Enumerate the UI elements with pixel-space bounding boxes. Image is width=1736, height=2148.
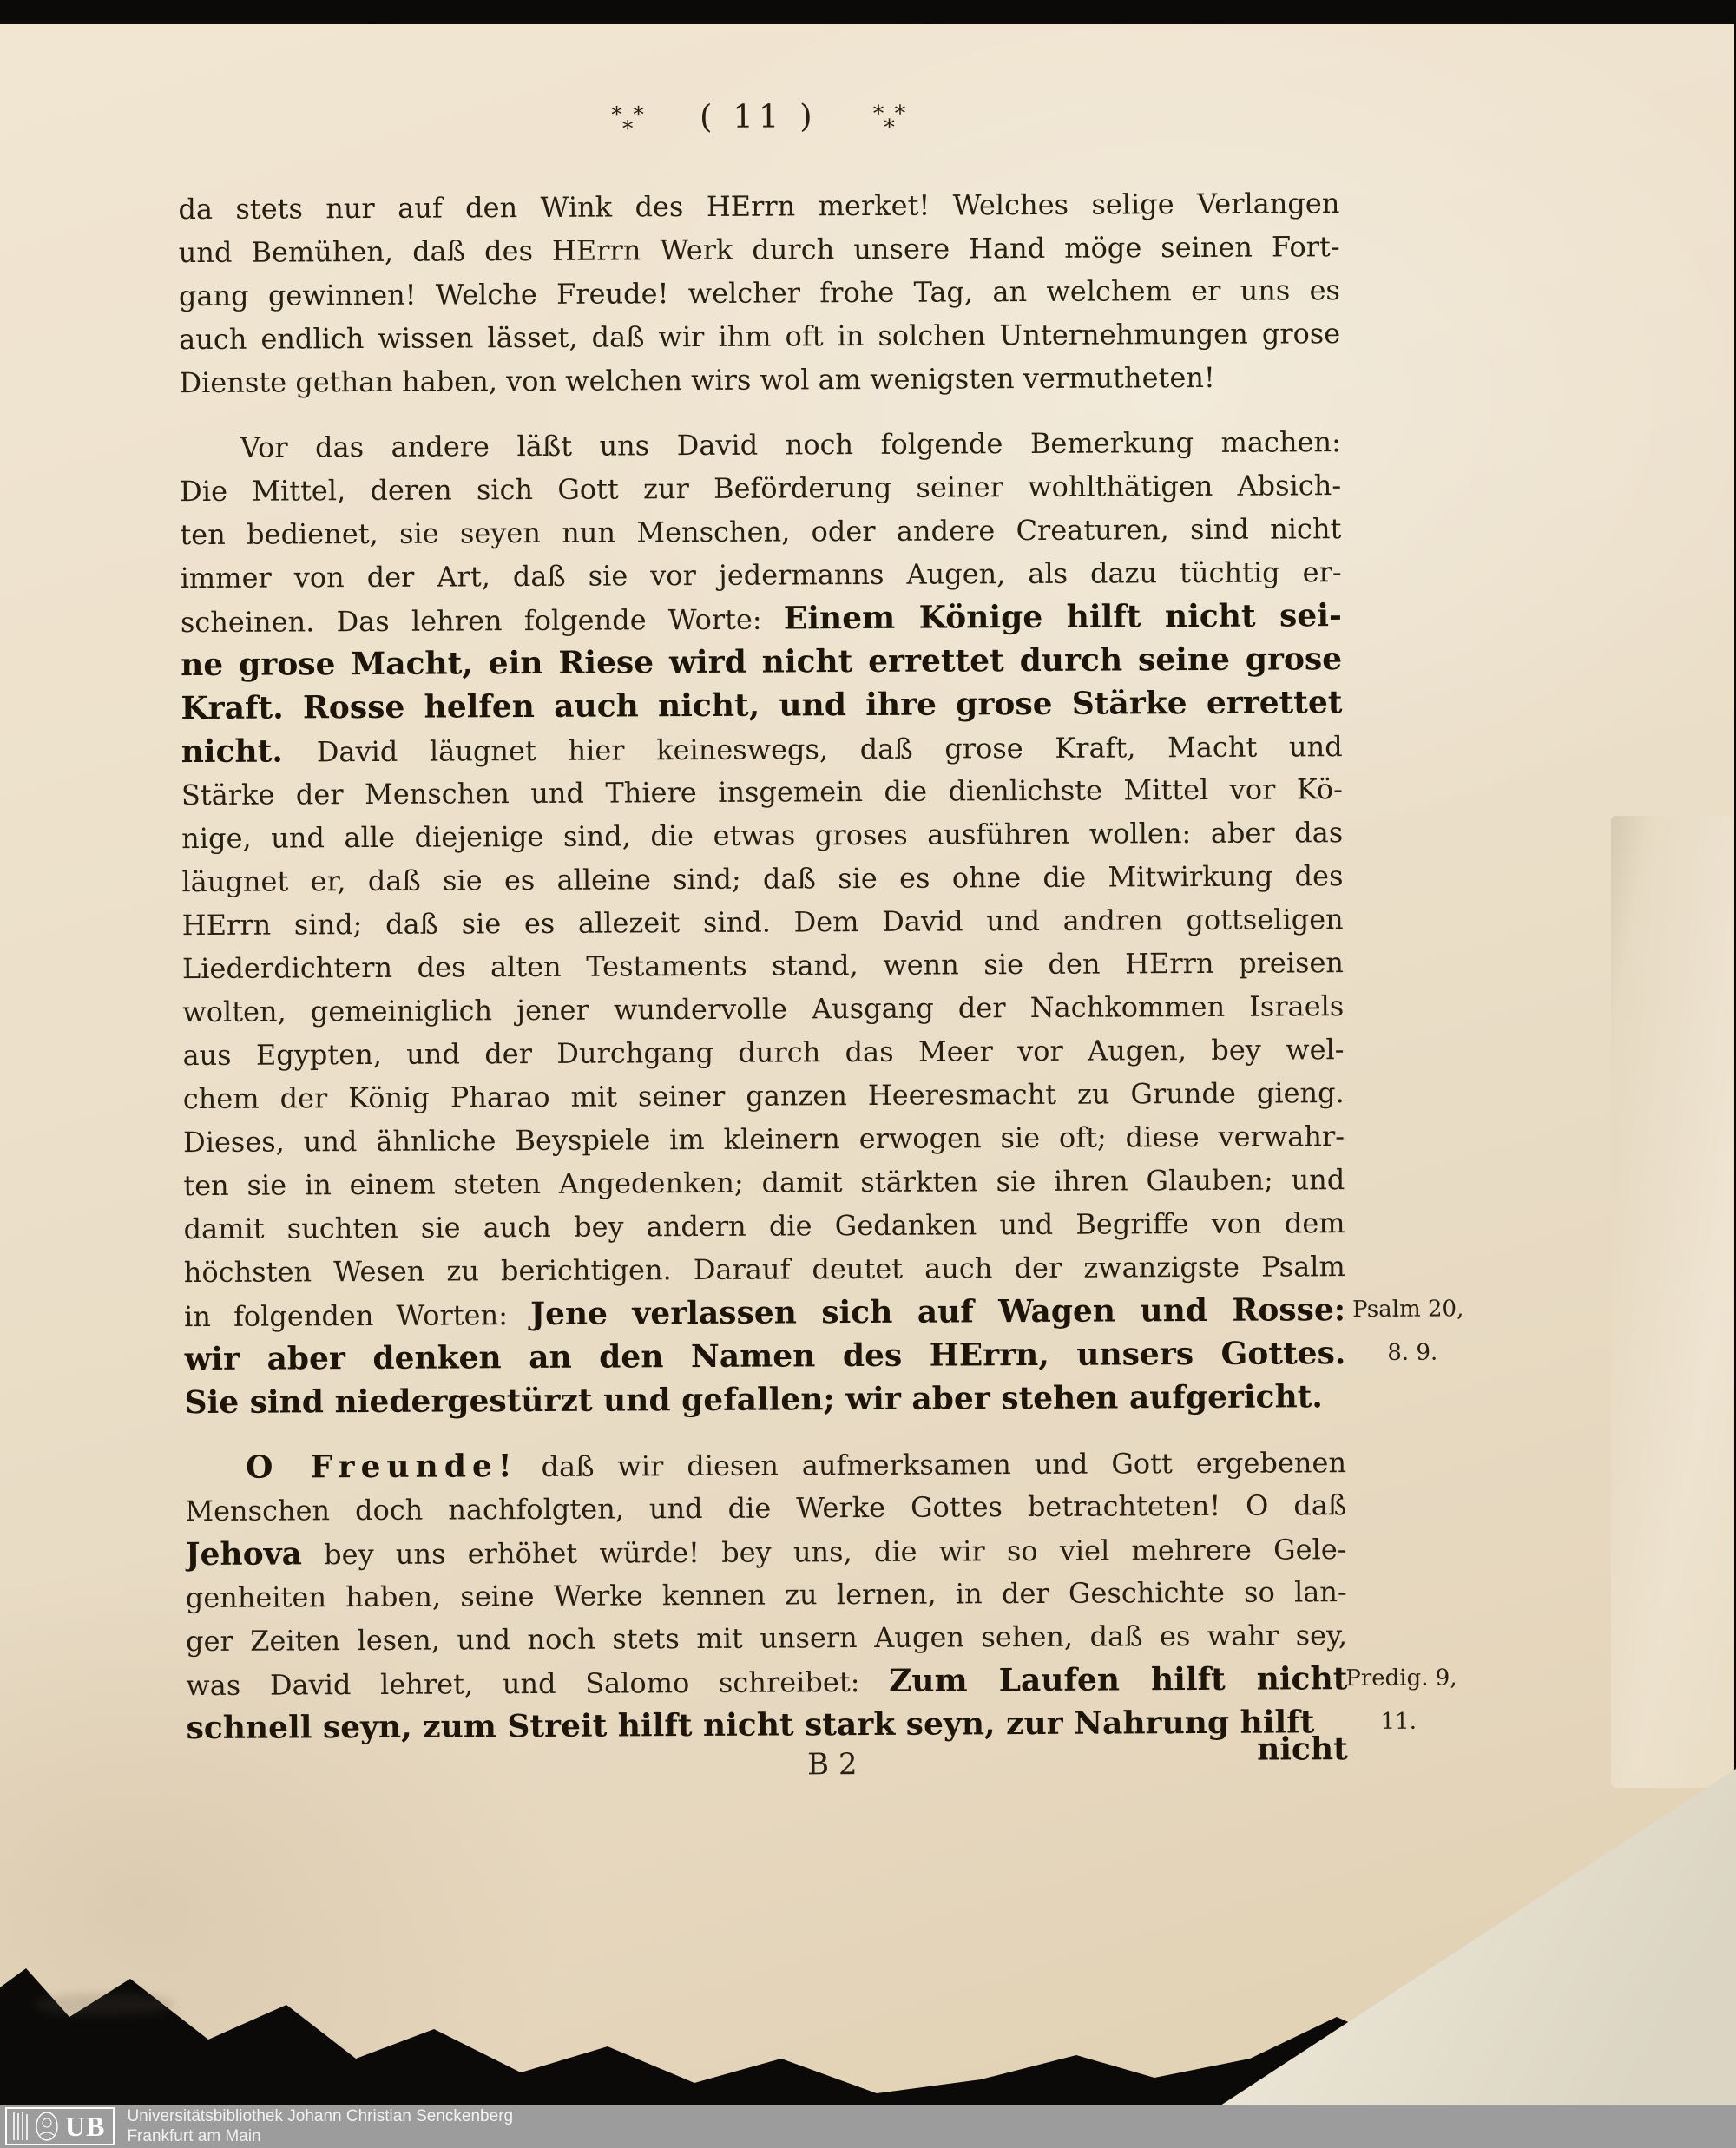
emphasis-text: wir aber denken an den Namen des HErrn, … xyxy=(184,1335,1345,1377)
text-line: damit suchten sie auch bey andern die Ge… xyxy=(183,1201,1345,1251)
text-line: immer von der Art, daß sie vor jedermann… xyxy=(181,550,1342,600)
margin-note-line: 11. xyxy=(1345,1699,1457,1744)
library-logo: UB xyxy=(5,2107,115,2145)
body-text: aus Egypten, und der Durchgang durch das… xyxy=(182,1033,1344,1072)
text-line: wolten, gemeiniglich jener wundervolle A… xyxy=(182,984,1344,1034)
page-content: ∗ ∗ ∗ ( 11 ) ∗ ∗ ∗ da stets nur auf den … xyxy=(0,0,1736,2148)
body-text: Dienste gethan haben, von welchen wirs w… xyxy=(179,361,1215,399)
emphasis-text: Kraft. Rosse helfen auch nicht, und ihre… xyxy=(181,684,1342,726)
page-number: ( 11 ) xyxy=(700,97,818,135)
body-text: damit suchten sie auch bey andern die Ge… xyxy=(183,1206,1345,1245)
body-text: chem der König Pharao mit seiner ganzen … xyxy=(183,1076,1345,1115)
body-text: ten bedienet, sie seyen nun Menschen, od… xyxy=(180,512,1341,551)
body-text: wolten, gemeiniglich jener wundervolle A… xyxy=(182,989,1344,1028)
text-line: Stärke der Menschen und Thiere insgemein… xyxy=(181,767,1343,817)
text-line: Menschen doch nachfolgten, und die Werke… xyxy=(185,1483,1346,1533)
text-line: chem der König Pharao mit seiner ganzen … xyxy=(183,1071,1345,1120)
body-text: nige, und alle diejenige sind, die etwas… xyxy=(181,816,1343,855)
text-line: höchsten Wesen zu berichtigen. Darauf de… xyxy=(184,1245,1345,1294)
emphasis-text: O Freunde! xyxy=(246,1448,518,1486)
emphasis-text: Sie sind niedergestürzt und gefallen; wi… xyxy=(185,1378,1323,1421)
page-header: ∗ ∗ ∗ ( 11 ) ∗ ∗ ∗ xyxy=(178,95,1339,138)
body-text: Menschen doch nachfolgten, und die Werke… xyxy=(185,1488,1346,1527)
text-line: genheiten haben, seine Werke kennen zu l… xyxy=(186,1570,1347,1619)
text-line: was David lehret, und Salomo schreibet: … xyxy=(186,1657,1347,1706)
ub-logo-text: UB xyxy=(65,2111,105,2142)
library-institution: Universitätsbibliothek Johann Christian … xyxy=(127,2106,513,2126)
body-text: scheinen. Das lehren folgende Worte: xyxy=(181,603,784,640)
text-block: da stets nur auf den Wink des HErrn merk… xyxy=(178,181,1347,1750)
body-text: ten sie in einem steten Angedenken; dami… xyxy=(183,1163,1345,1202)
pencil-smudge xyxy=(35,1993,174,2016)
text-line: nige, und alle diejenige sind, die etwas… xyxy=(181,811,1343,860)
text-line: gang gewinnen! Welche Freude! welcher fr… xyxy=(179,268,1340,318)
text-line: Liederdichtern des alten Testaments stan… xyxy=(182,941,1344,990)
body-text: in folgenden Worten: xyxy=(184,1298,530,1333)
library-city: Frankfurt am Main xyxy=(127,2126,513,2146)
emphasis-text: Einem Könige hilft nicht sei- xyxy=(784,597,1342,636)
body-text: höchsten Wesen zu berichtigen. Darauf de… xyxy=(184,1250,1345,1289)
body-text: ger Zeiten lesen, und noch stets mit uns… xyxy=(186,1619,1347,1658)
library-footer-bar: UB Universitätsbibliothek Johann Christi… xyxy=(0,2105,1736,2148)
text-line: O Freunde! daß wir diesen aufmerksamen u… xyxy=(185,1440,1346,1489)
text-line: da stets nur auf den Wink des HErrn merk… xyxy=(178,181,1339,231)
margin-note-psalm: Psalm 20, 8. 9. xyxy=(1352,1287,1464,1375)
text-line: in folgenden Worten: Jene verlassen sich… xyxy=(184,1288,1345,1337)
body-text: Vor das andere läßt uns David noch folge… xyxy=(240,425,1341,464)
emphasis-text: Zum Laufen hilft nicht xyxy=(889,1660,1347,1699)
body-text: Dieses, und ähnliche Beyspiele im kleine… xyxy=(183,1120,1345,1159)
text-line: Dieses, und ähnliche Beyspiele im kleine… xyxy=(183,1114,1345,1164)
body-text: gang gewinnen! Welche Freude! welcher fr… xyxy=(179,273,1340,312)
body-text: bey uns erhöhet würde! bey uns, die wir … xyxy=(302,1533,1347,1571)
asterisk-ornament-left: ∗ ∗ ∗ xyxy=(609,102,646,132)
text-line: scheinen. Das lehren folgende Worte: Ein… xyxy=(181,594,1342,643)
body-text: und Bemühen, daß des HErrn Werk durch un… xyxy=(179,230,1340,269)
catchword: nicht xyxy=(959,1727,1348,1772)
text-line: ger Zeiten lesen, und noch stets mit uns… xyxy=(186,1613,1347,1663)
emphasis-text: nicht. xyxy=(181,732,317,770)
library-name: Universitätsbibliothek Johann Christian … xyxy=(127,2106,513,2146)
text-line: ten sie in einem steten Angedenken; dami… xyxy=(183,1158,1345,1207)
text-line: wir aber denken an den Namen des HErrn, … xyxy=(184,1331,1345,1381)
emphasis-text: Jene verlassen sich auf Wagen und Rosse: xyxy=(530,1291,1345,1332)
text-line: HErrn sind; daß sie es allezeit sind. De… xyxy=(182,897,1344,947)
portrait-icon xyxy=(35,2111,59,2142)
body-text: läugnet er, daß sie es alleine sind; daß… xyxy=(181,859,1343,898)
text-line: läugnet er, daß sie es alleine sind; daß… xyxy=(181,854,1343,903)
text-line: nicht. David läugnet hier keineswegs, da… xyxy=(181,724,1343,773)
text-line: Kraft. Rosse helfen auch nicht, und ihre… xyxy=(181,680,1342,730)
body-text: HErrn sind; daß sie es allezeit sind. De… xyxy=(182,903,1344,942)
text-line: ten bedienet, sie seyen nun Menschen, od… xyxy=(180,507,1341,556)
text-line: Sie sind niedergestürzt und gefallen; wi… xyxy=(184,1375,1345,1424)
body-text: David läugnet hier keineswegs, daß grose… xyxy=(317,730,1343,768)
margin-note-line: Psalm 20, xyxy=(1352,1287,1463,1331)
body-text: daß wir diesen aufmerksamen und Gott erg… xyxy=(518,1446,1347,1483)
body-text: immer von der Art, daß sie vor jedermann… xyxy=(181,555,1342,594)
books-icon xyxy=(11,2112,29,2141)
body-text: Die Mittel, deren sich Gott zur Beförder… xyxy=(180,469,1341,508)
emphasis-text: ne grose Macht, ein Riese wird nicht err… xyxy=(181,640,1342,683)
text-line: Vor das andere läßt uns David noch folge… xyxy=(180,420,1341,470)
text-line: auch endlich wissen lässet, daß wir ihm … xyxy=(179,312,1340,361)
asterisk-ornament-right: ∗ ∗ ∗ xyxy=(871,101,908,131)
body-text: da stets nur auf den Wink des HErrn merk… xyxy=(178,187,1339,226)
text-line: aus Egypten, und der Durchgang durch das… xyxy=(182,1028,1344,1077)
margin-note-line: 8. 9. xyxy=(1352,1330,1463,1375)
body-text: Liederdichtern des alten Testaments stan… xyxy=(182,946,1344,985)
body-text: was David lehret, und Salomo schreibet: xyxy=(186,1665,889,1702)
emphasis-text: Jehova xyxy=(185,1535,302,1573)
ornament-bottom: ∗ xyxy=(621,115,635,132)
body-text: Stärke der Menschen und Thiere insgemein… xyxy=(181,772,1343,811)
margin-note-predig: Predig. 9, 11. xyxy=(1345,1656,1457,1744)
text-line: Die Mittel, deren sich Gott zur Beförder… xyxy=(180,463,1341,513)
body-text: auch endlich wissen lässet, daß wir ihm … xyxy=(179,317,1340,356)
text-line: ne grose Macht, ein Riese wird nicht err… xyxy=(181,637,1342,686)
ornament-bottom: ∗ xyxy=(882,115,897,131)
text-line: und Bemühen, daß des HErrn Werk durch un… xyxy=(179,225,1340,274)
text-line: Jehova bey uns erhöhet würde! bey uns, d… xyxy=(185,1527,1346,1576)
text-line: Dienste gethan haben, von welchen wirs w… xyxy=(179,355,1340,404)
body-text: genheiten haben, seine Werke kennen zu l… xyxy=(186,1575,1347,1614)
margin-note-line: Predig. 9, xyxy=(1345,1656,1457,1700)
